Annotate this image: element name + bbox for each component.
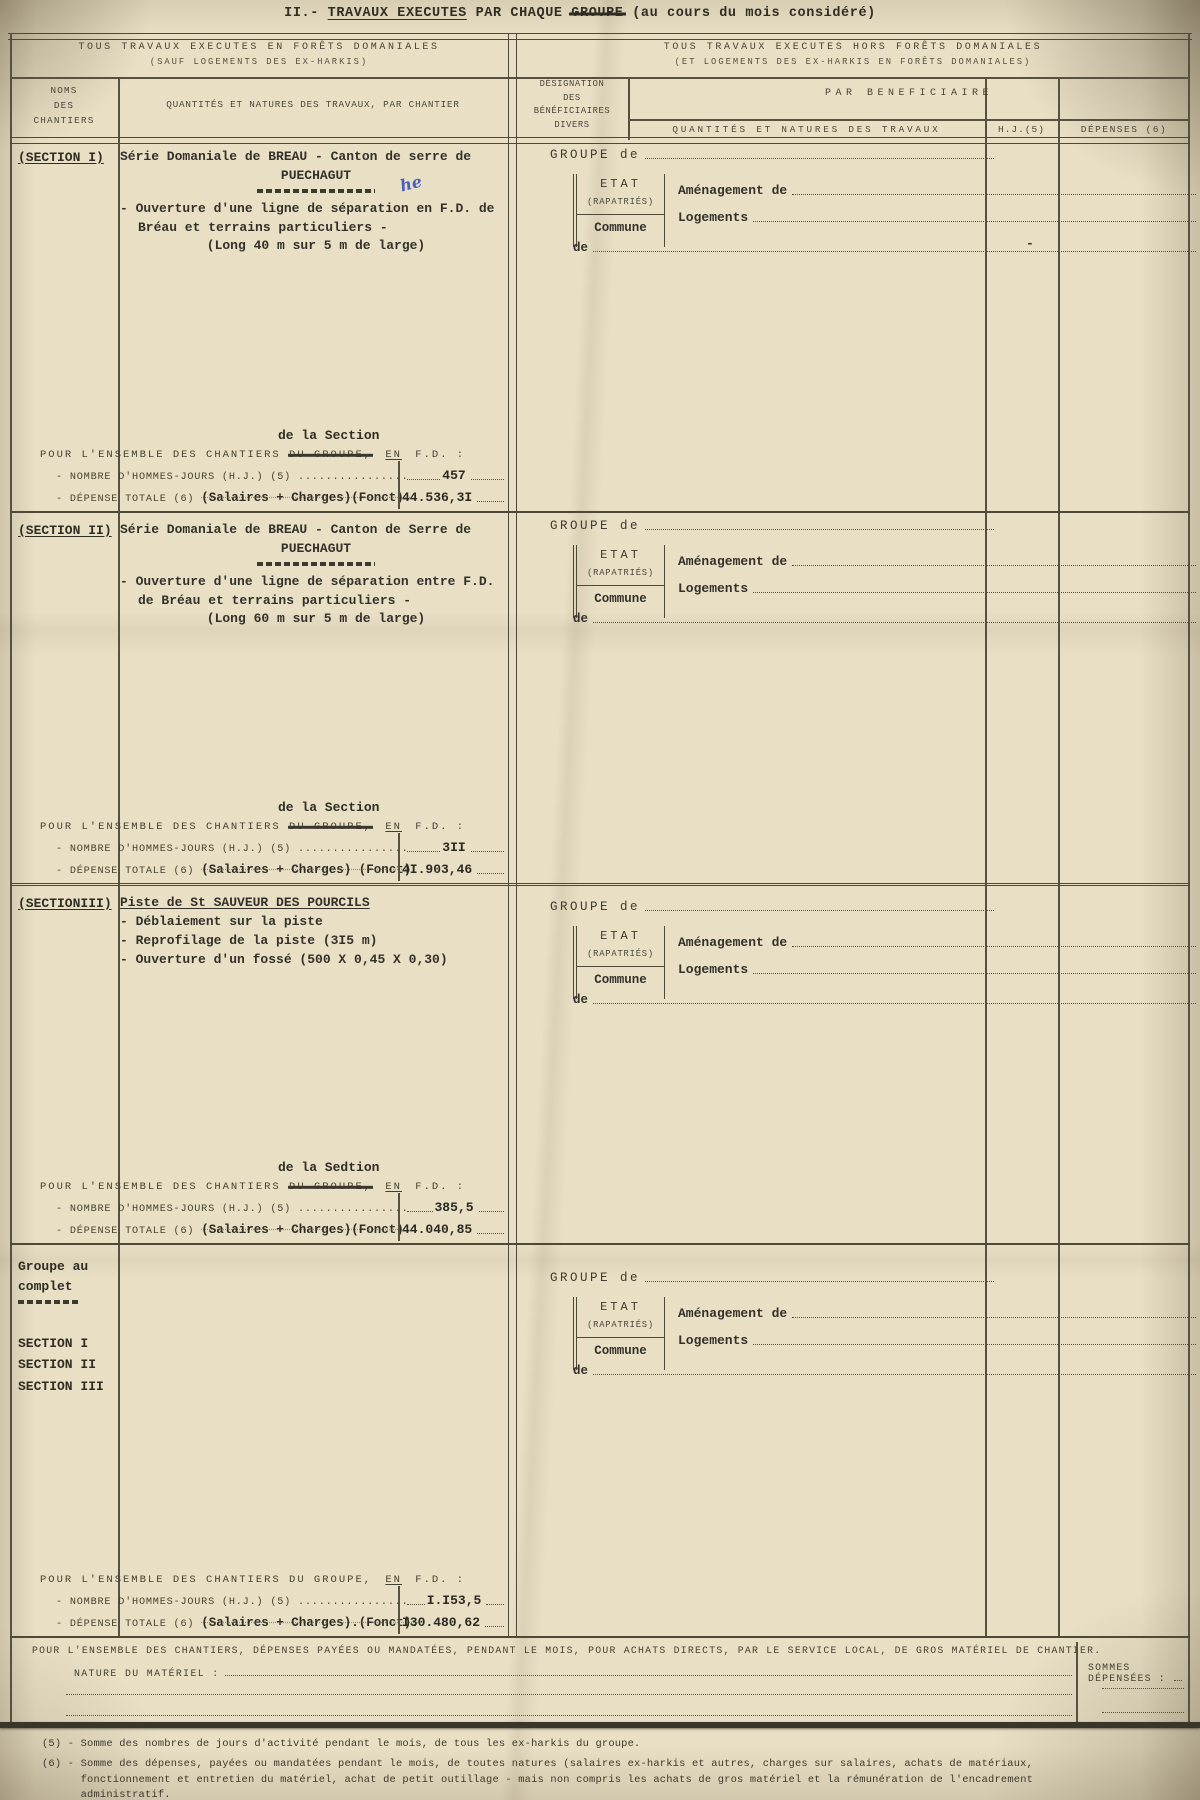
dotted-leader (407, 1211, 433, 1212)
desc-line: - Reprofilage de la piste (3I5 m) (120, 932, 512, 951)
depense-total-value-box: I30.480,62 (402, 1615, 506, 1630)
desc-line: Série Domaniale de BREAU - Canton de Ser… (120, 521, 512, 540)
logements-label: Logements (678, 581, 748, 596)
dotted-leader (407, 851, 440, 852)
amenagement-row: Aménagement de (678, 545, 1198, 569)
totals-value-divider (398, 461, 400, 509)
rapatries-label: (RAPATRIÉS) (577, 568, 664, 586)
footnote-6: (6) - Somme des dépenses, payées ou mand… (42, 1757, 1192, 1800)
dashed-rule (257, 562, 375, 566)
col-header-quantites-travaux: QUANTITÉS ET NATURES DES TRAVAUX (628, 124, 985, 135)
dashed-rule (257, 189, 375, 193)
section-2-description: Série Domaniale de BREAU - Canton de Ser… (120, 521, 512, 629)
hj-total-value: 3II (442, 840, 465, 855)
groupe-de-row: GROUPE de (550, 900, 996, 914)
hj-total-value: 385,5 (435, 1200, 474, 1215)
etat-box: ETAT (RAPATRIÉS) Commune (573, 1297, 665, 1370)
amenagement-row: Aménagement de (678, 174, 1198, 198)
beneficiary-block: GROUPE de ETAT (RAPATRIÉS) Commune de Am… (540, 148, 1200, 308)
col-header-quantites-par-chantier: QUANTITÉS ET NATURES DES TRAVAUX, PAR CH… (118, 99, 508, 110)
footnote-5: (5) - Somme des nombres de jours d'activ… (42, 1737, 1192, 1753)
title-struck-groupe: GROUPE (571, 6, 623, 21)
fd-label: F.D. : (415, 1181, 465, 1193)
dotted-leader (477, 1233, 504, 1234)
dotted-blank-field (753, 973, 1196, 974)
header-right-title: TOUS TRAVAUX EXECUTES HORS FORÊTS DOMANI… (516, 39, 1190, 53)
dotted-blank-field (645, 1281, 994, 1282)
etat-box: ETAT (RAPATRIÉS) Commune (573, 545, 665, 618)
dotted-blank-field (593, 1003, 1196, 1004)
desc-line: Série Domaniale de BREAU - Canton de ser… (120, 148, 512, 167)
title-number: II.- (284, 6, 319, 21)
amenagement-label: Aménagement de (678, 183, 787, 198)
hj-total-value-box: I.I53,5 (402, 1593, 506, 1608)
struck-du-groupe: DU GROUPE, (289, 1181, 372, 1193)
logements-label: Logements (678, 210, 748, 225)
totals-annotation: de la Section (278, 800, 379, 815)
struck-du-groupe: DU GROUPE, (289, 821, 372, 833)
title-works: TRAVAUX EXECUTES (328, 6, 467, 21)
beneficiary-block: GROUPE de ETAT (RAPATRIÉS) Commune de Am… (540, 900, 1200, 1060)
totals-annotation: de la Section (278, 428, 379, 443)
desc-line: PUECHAGUT (120, 167, 512, 186)
groupe-de-row: GROUPE de (550, 519, 996, 533)
desc-line: Bréau et terrains particuliers - (120, 219, 512, 238)
section-1-description: Série Domaniale de BREAU - Canton de ser… (120, 148, 512, 256)
etat-box: ETAT (RAPATRIÉS) Commune (573, 174, 665, 247)
desc-line: de Bréau et terrains particuliers - (120, 592, 512, 611)
hj-total-label: - NOMBRE D'HOMMES-JOURS (H.J.) (5) .....… (56, 844, 409, 855)
amenagement-row: Aménagement de (678, 1297, 1198, 1321)
depense-total-value: 4I.903,46 (402, 862, 472, 877)
col-header-par-beneficiaire: PAR BENEFICIAIRE (628, 88, 1190, 99)
dotted-blank-line (66, 1715, 1072, 1716)
col-header-designation-beneficiaires: DÉSIGNATION DES BÉNÉFICIAIRES DIVERS (516, 78, 628, 133)
beneficiary-works: Aménagement de Logements (678, 174, 1198, 228)
dotted-leader (485, 1626, 504, 1627)
material-statement: POUR L'ENSEMBLE DES CHANTIERS, DÉPENSES … (32, 1645, 1176, 1656)
header-right-sub: (ET LOGEMENTS DES EX-HARKIS EN FORÊTS DO… (516, 53, 1190, 67)
depense-label-text: - DÉPENSE TOTALE (6) (56, 494, 194, 505)
amenagement-label: Aménagement de (678, 935, 787, 950)
beneficiary-block: GROUPE de ETAT (RAPATRIÉS) Commune de Am… (540, 519, 1200, 679)
fd-label: F.D. : (415, 821, 465, 833)
depense-total-value: I30.480,62 (402, 1615, 480, 1630)
commune-de-row: de (573, 241, 1198, 255)
title-suffix: (au cours du mois considéré) (632, 6, 876, 21)
dotted-blank-field (593, 622, 1196, 623)
desc-line: - Déblaiement sur la piste (120, 913, 512, 932)
groupe-de-label: GROUPE de (550, 900, 640, 914)
depense-total-value: 44.536,3I (402, 490, 472, 505)
dotted-blank-field (792, 194, 1196, 195)
desc-line: - Ouverture d'une ligne de séparation en… (120, 573, 512, 592)
totals-intro-text: POUR L'ENSEMBLE DES CHANTIERS (40, 821, 281, 833)
hj-total-value: 457 (442, 468, 465, 483)
dotted-leader (407, 479, 440, 480)
dotted-blank-field (593, 251, 1196, 252)
etat-label: ETAT (577, 1297, 664, 1320)
groupe-de-row: GROUPE de (550, 148, 996, 162)
depense-total-label: - DÉPENSE TOTALE (6) (Salaires + Charges… (56, 491, 411, 505)
commune-de-label: de (573, 1364, 588, 1378)
amenagement-label: Aménagement de (678, 1306, 787, 1321)
dotted-blank-field (753, 1344, 1196, 1345)
commune-de-row: de (573, 612, 1198, 626)
hj-total-value: I.I53,5 (427, 1593, 482, 1608)
etat-label: ETAT (577, 926, 664, 949)
depense-label-text: - DÉPENSE TOTALE (6) (56, 866, 194, 877)
salaires-charges-label: (Salaires + Charges)(Fonct) (201, 1223, 404, 1237)
en-underlined: EN (380, 1574, 407, 1586)
totals-intro-text: POUR L'ENSEMBLE DES CHANTIERS (40, 1181, 281, 1193)
dotted-leader (479, 1211, 505, 1212)
section-3-label: (SECTIONIII) (18, 896, 112, 911)
totals-intro: POUR L'ENSEMBLE DES CHANTIERS DU GROUPE,… (40, 821, 465, 833)
beneficiary-works: Aménagement de Logements (678, 926, 1198, 980)
dotted-blank-field (753, 592, 1196, 593)
depense-total-label: - DÉPENSE TOTALE (6) (Salaires + Charges… (56, 1223, 404, 1237)
groupe-de-row: GROUPE de (550, 1271, 996, 1285)
hj-total-value-box: 457 (402, 468, 506, 483)
hj-total-value-box: 3II (402, 840, 506, 855)
en-underlined: EN (380, 449, 407, 461)
depense-total-value-box: 44.536,3I (402, 490, 506, 505)
en-underlined: EN (380, 1181, 407, 1193)
dotted-blank-field (792, 1317, 1196, 1318)
dotted-blank-line (1102, 1712, 1184, 1713)
sommes-divider (1076, 1642, 1078, 1722)
etat-box: ETAT (RAPATRIÉS) Commune (573, 926, 665, 999)
logements-row: Logements (678, 1324, 1198, 1348)
dotted-leader (407, 1604, 425, 1605)
salaires-charges-label: (Salaires + Charges) (Fonct) (201, 863, 411, 877)
dotted-blank-field (645, 910, 994, 911)
salaires-charges-label: (Salaires + Charges)(Fonct). (201, 491, 411, 505)
en-underlined: EN (380, 821, 407, 833)
dotted-leader (477, 501, 504, 502)
dashed-rule (18, 1300, 80, 1304)
groupe-complet-label: Groupe au complet (18, 1257, 88, 1304)
bottom-heavy-rule (0, 1722, 1200, 1728)
header-right: TOUS TRAVAUX EXECUTES HORS FORÊTS DOMANI… (516, 39, 1190, 75)
salaires-charges-label: (Salaires + Charges).(Fonct). (201, 1616, 419, 1630)
totals-intro: POUR L'ENSEMBLE DES CHANTIERS DU GROUPE,… (40, 1574, 465, 1586)
logements-row: Logements (678, 572, 1198, 596)
nature-materiel-row: NATURE DU MATÉRIEL : (74, 1668, 1074, 1679)
etat-label: ETAT (577, 174, 664, 197)
section-3: (SECTIONIII) Piste de St SAUVEUR DES POU… (10, 886, 1190, 1245)
dotted-blank-line (1102, 1688, 1184, 1689)
dotted-blank-field (225, 1675, 1072, 1676)
depense-total-value: 44.040,85 (402, 1222, 472, 1237)
dotted-blank-field (1174, 1680, 1182, 1681)
depense-total-value-box: 4I.903,46 (402, 862, 506, 877)
title-middle: PAR CHAQUE (476, 6, 563, 21)
dotted-blank-field (593, 1374, 1196, 1375)
commune-de-label: de (573, 241, 588, 255)
struck-du-groupe: DU GROUPE, (289, 449, 372, 461)
hj-total-label: - NOMBRE D'HOMMES-JOURS (H.J.) (5) .....… (56, 1597, 409, 1608)
hj-total-label: - NOMBRE D'HOMMES-JOURS (H.J.) (5) .....… (56, 1204, 409, 1215)
amenagement-label: Aménagement de (678, 554, 787, 569)
dotted-leader (471, 851, 504, 852)
logements-row: Logements (678, 953, 1198, 977)
rapatries-label: (RAPATRIÉS) (577, 1320, 664, 1338)
groupe-complet-text: Groupe au complet (18, 1259, 88, 1294)
dotted-blank-field (792, 565, 1196, 566)
section-3-description: Piste de St SAUVEUR DES POURCILS - Débla… (120, 894, 512, 969)
col-header-hj: H.J.(5) (985, 124, 1058, 135)
col-header-depenses: DÉPENSES (6) (1058, 124, 1190, 135)
page-title: II.- TRAVAUX EXECUTES PAR CHAQUE GROUPE … (0, 6, 1180, 21)
header-left-sub: (SAUF LOGEMENTS DES EX-HARKIS) (10, 53, 508, 67)
groupe-de-label: GROUPE de (550, 519, 640, 533)
depense-total-value-box: 44.040,85 (402, 1222, 506, 1237)
beneficiary-works: Aménagement de Logements (678, 545, 1198, 599)
hj-total-label: - NOMBRE D'HOMMES-JOURS (H.J.) (5) .....… (56, 472, 409, 483)
logements-label: Logements (678, 1333, 748, 1348)
totals-intro: POUR L'ENSEMBLE DES CHANTIERS DU GROUPE,… (40, 449, 465, 461)
dotted-blank-field (645, 529, 994, 530)
groupe-sections-list: SECTION I SECTION II SECTION III (18, 1333, 104, 1397)
par-beneficiaire-divider (628, 119, 1190, 121)
dotted-leader (471, 479, 504, 480)
dotted-leader (477, 873, 504, 874)
fd-label: F.D. : (415, 449, 465, 461)
dotted-blank-field (645, 158, 994, 159)
section-1: (SECTION I) Série Domaniale de BREAU - C… (10, 140, 1190, 513)
depense-label-text: - DÉPENSE TOTALE (6) (56, 1226, 194, 1237)
desc-line: PUECHAGUT (120, 540, 512, 559)
material-expenses-block: POUR L'ENSEMBLE DES CHANTIERS, DÉPENSES … (10, 1638, 1190, 1722)
sommes-depensees-label: SOMMES DÉPENSÉES : (1088, 1662, 1169, 1684)
desc-title: Piste de St SAUVEUR DES POURCILS (120, 894, 512, 913)
depense-total-label: - DÉPENSE TOTALE (6) (Salaires + Charges… (56, 863, 411, 877)
commune-de-label: de (573, 612, 588, 626)
groupe-de-label: GROUPE de (550, 148, 640, 162)
fd-label: F.D. : (415, 1574, 465, 1586)
totals-intro: POUR L'ENSEMBLE DES CHANTIERS DU GROUPE,… (40, 1181, 465, 1193)
groupe-de-label: GROUPE de (550, 1271, 640, 1285)
totals-value-divider (398, 1586, 400, 1634)
desc-line: - Ouverture d'un fossé (500 X 0,45 X 0,3… (120, 951, 512, 970)
desc-line: (Long 40 m sur 5 m de large) (120, 237, 512, 256)
nature-materiel-label: NATURE DU MATÉRIEL : (74, 1668, 220, 1679)
totals-annotation: de la Sedtion (278, 1160, 379, 1175)
depense-label-text: - DÉPENSE TOTALE (6) (56, 1619, 194, 1630)
commune-de-label: de (573, 993, 588, 1007)
sommes-depensees-row: SOMMES DÉPENSÉES : (1088, 1662, 1184, 1684)
logements-label: Logements (678, 962, 748, 977)
dotted-blank-line (66, 1694, 1072, 1695)
etat-label: ETAT (577, 545, 664, 568)
totals-intro-text: POUR L'ENSEMBLE DES CHANTIERS DU GROUPE, (40, 1574, 372, 1586)
hj-total-value-box: 385,5 (402, 1200, 506, 1215)
section-groupe-complet: Groupe au complet SECTION I SECTION II S… (10, 1245, 1190, 1638)
commune-de-row: de (573, 993, 1198, 1007)
dotted-leader (486, 1604, 504, 1605)
rapatries-label: (RAPATRIÉS) (577, 949, 664, 967)
dotted-blank-field (753, 221, 1196, 222)
desc-line: - Ouverture d'une ligne de séparation en… (120, 200, 512, 219)
header-left: TOUS TRAVAUX EXECUTES EN FORÊTS DOMANIAL… (10, 39, 508, 75)
totals-intro-text: POUR L'ENSEMBLE DES CHANTIERS (40, 449, 281, 461)
header-left-title: TOUS TRAVAUX EXECUTES EN FORÊTS DOMANIAL… (10, 39, 508, 53)
dotted-blank-field (792, 946, 1196, 947)
depense-total-label: - DÉPENSE TOTALE (6) (Salaires + Charges… (56, 1616, 419, 1630)
logements-row: Logements (678, 201, 1198, 225)
section-2-label: (SECTION II) (18, 523, 112, 538)
totals-value-divider (398, 1193, 400, 1241)
section-1-label: (SECTION I) (18, 150, 104, 165)
scanned-form-page: II.- TRAVAUX EXECUTES PAR CHAQUE GROUPE … (0, 0, 1200, 1800)
beneficiary-works: Aménagement de Logements (678, 1297, 1198, 1351)
totals-value-divider (398, 833, 400, 881)
beneficiary-block: GROUPE de ETAT (RAPATRIÉS) Commune de Am… (540, 1271, 1200, 1431)
commune-de-row: de (573, 1364, 1198, 1378)
desc-line: (Long 60 m sur 5 m de large) (120, 610, 512, 629)
section-2: (SECTION II) Série Domaniale de BREAU - … (10, 513, 1190, 886)
amenagement-row: Aménagement de (678, 926, 1198, 950)
rapatries-label: (RAPATRIÉS) (577, 197, 664, 215)
col-header-noms-chantiers: NOMS DES CHANTIERS (10, 84, 118, 129)
